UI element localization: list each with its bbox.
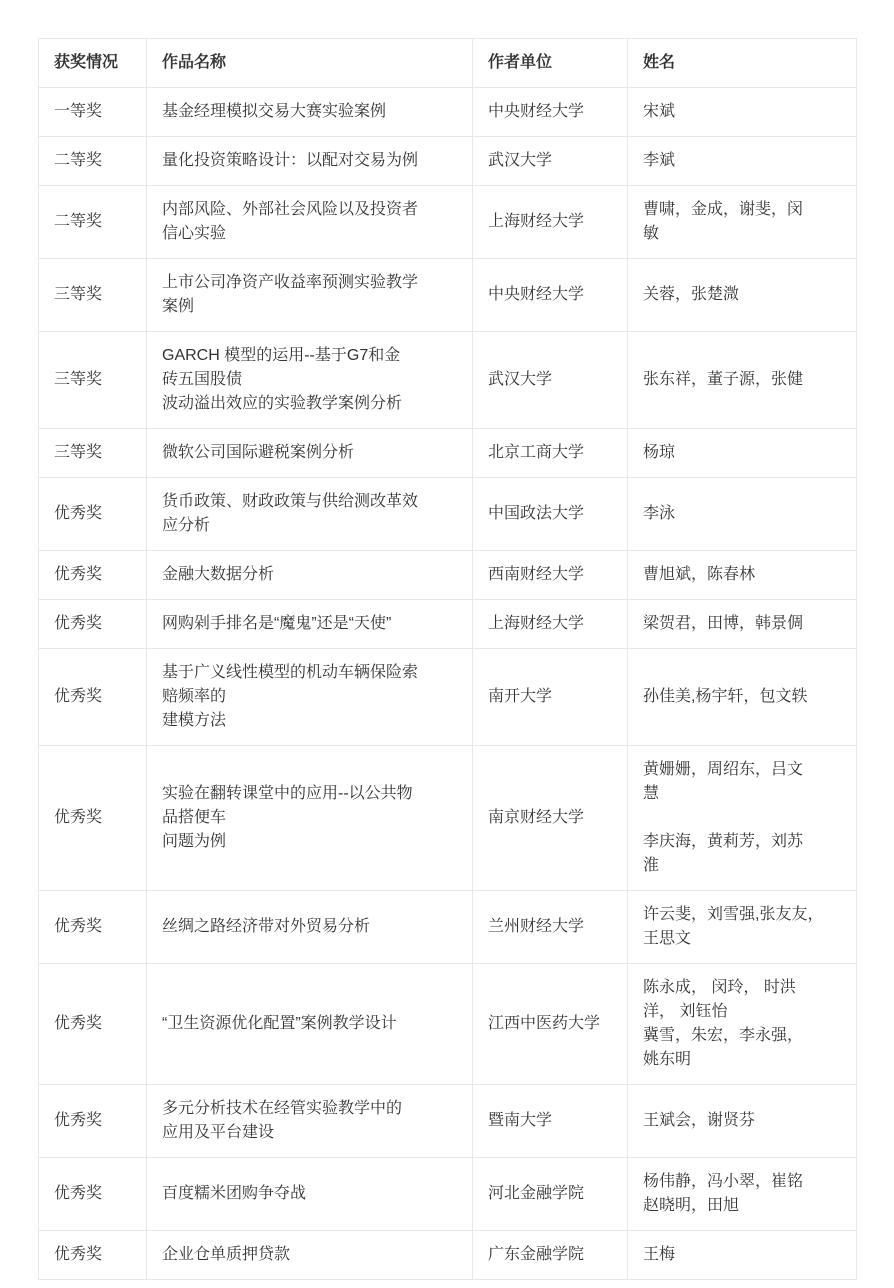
award-cell: 三等奖 — [39, 429, 147, 478]
table-row: 一等奖基金经理模拟交易大赛实验案例中央财经大学宋斌 — [39, 88, 857, 137]
org-cell: 中央财经大学 — [473, 88, 628, 137]
names-cell: 梁贺君，田博，韩景倜 — [628, 600, 857, 649]
column-header-names: 姓名 — [628, 39, 857, 88]
org-cell: 北京工商大学 — [473, 429, 628, 478]
names-cell: 黄姗姗，周绍东，吕文 慧 李庆海，黄莉芳，刘苏 淮 — [628, 746, 857, 891]
org-cell: 武汉大学 — [473, 332, 628, 429]
table-row: 优秀奖企业仓单质押贷款广东金融学院王梅 — [39, 1231, 857, 1280]
award-cell: 二等奖 — [39, 186, 147, 259]
table-row: 三等奖GARCH 模型的运用--基于G7和金 砖五国股债 波动溢出效应的实验教学… — [39, 332, 857, 429]
award-cell: 优秀奖 — [39, 1231, 147, 1280]
title-cell: “卫生资源优化配置”案例教学设计 — [147, 964, 473, 1085]
org-cell: 兰州财经大学 — [473, 891, 628, 964]
org-cell: 武汉大学 — [473, 137, 628, 186]
names-cell: 李斌 — [628, 137, 857, 186]
title-cell: 内部风险、外部社会风险以及投资者 信心实验 — [147, 186, 473, 259]
title-cell: 网购剁手排名是“魔鬼”还是“天使” — [147, 600, 473, 649]
title-cell: 货币政策、财政政策与供给测改革效 应分析 — [147, 478, 473, 551]
awards-table: 获奖情况 作品名称 作者单位 姓名 一等奖基金经理模拟交易大赛实验案例中央财经大… — [38, 38, 857, 1280]
title-cell: 多元分析技术在经管实验教学中的 应用及平台建设 — [147, 1085, 473, 1158]
column-header-title: 作品名称 — [147, 39, 473, 88]
table-body: 一等奖基金经理模拟交易大赛实验案例中央财经大学宋斌二等奖量化投资策略设计：以配对… — [39, 88, 857, 1280]
award-cell: 一等奖 — [39, 88, 147, 137]
org-cell: 中国政法大学 — [473, 478, 628, 551]
column-header-org: 作者单位 — [473, 39, 628, 88]
names-cell: 曹啸，金成，谢斐，闵 敏 — [628, 186, 857, 259]
names-cell: 许云斐，刘雪强,张友友， 王思文 — [628, 891, 857, 964]
award-cell: 优秀奖 — [39, 551, 147, 600]
names-cell: 关蓉，张楚溦 — [628, 259, 857, 332]
org-cell: 上海财经大学 — [473, 600, 628, 649]
names-cell: 杨伟静，冯小翠，崔铭 赵晓明，田旭 — [628, 1158, 857, 1231]
names-cell: 孙佳美,杨宇轩，包文轶 — [628, 649, 857, 746]
award-cell: 三等奖 — [39, 332, 147, 429]
org-cell: 河北金融学院 — [473, 1158, 628, 1231]
page: 获奖情况 作品名称 作者单位 姓名 一等奖基金经理模拟交易大赛实验案例中央财经大… — [0, 0, 894, 1288]
org-cell: 暨南大学 — [473, 1085, 628, 1158]
table-row: 三等奖微软公司国际避税案例分析北京工商大学杨琼 — [39, 429, 857, 478]
org-cell: 江西中医药大学 — [473, 964, 628, 1085]
award-cell: 三等奖 — [39, 259, 147, 332]
table-row: 优秀奖百度糯米团购争夺战河北金融学院杨伟静，冯小翠，崔铭 赵晓明，田旭 — [39, 1158, 857, 1231]
title-cell: 量化投资策略设计：以配对交易为例 — [147, 137, 473, 186]
title-cell: 百度糯米团购争夺战 — [147, 1158, 473, 1231]
title-cell: 微软公司国际避税案例分析 — [147, 429, 473, 478]
title-cell: 企业仓单质押贷款 — [147, 1231, 473, 1280]
names-cell: 王梅 — [628, 1231, 857, 1280]
names-cell: 李泳 — [628, 478, 857, 551]
award-cell: 优秀奖 — [39, 964, 147, 1085]
table-row: 优秀奖基于广义线性模型的机动车辆保险索 赔频率的 建模方法南开大学孙佳美,杨宇轩… — [39, 649, 857, 746]
org-cell: 上海财经大学 — [473, 186, 628, 259]
title-cell: 基金经理模拟交易大赛实验案例 — [147, 88, 473, 137]
org-cell: 中央财经大学 — [473, 259, 628, 332]
names-cell: 宋斌 — [628, 88, 857, 137]
org-cell: 南京财经大学 — [473, 746, 628, 891]
names-cell: 曹旭斌，陈春林 — [628, 551, 857, 600]
names-cell: 杨琼 — [628, 429, 857, 478]
title-cell: 丝绸之路经济带对外贸易分析 — [147, 891, 473, 964]
table-row: 优秀奖实验在翻转课堂中的应用--以公共物 品搭便车 问题为例南京财经大学黄姗姗，… — [39, 746, 857, 891]
award-cell: 优秀奖 — [39, 891, 147, 964]
award-cell: 优秀奖 — [39, 1085, 147, 1158]
award-cell: 优秀奖 — [39, 600, 147, 649]
title-cell: 实验在翻转课堂中的应用--以公共物 品搭便车 问题为例 — [147, 746, 473, 891]
table-row: 三等奖上市公司净资产收益率预测实验教学 案例中央财经大学关蓉，张楚溦 — [39, 259, 857, 332]
award-cell: 优秀奖 — [39, 1158, 147, 1231]
table-row: 优秀奖金融大数据分析西南财经大学曹旭斌，陈春林 — [39, 551, 857, 600]
title-cell: GARCH 模型的运用--基于G7和金 砖五国股债 波动溢出效应的实验教学案例分… — [147, 332, 473, 429]
award-cell: 二等奖 — [39, 137, 147, 186]
header-row: 获奖情况 作品名称 作者单位 姓名 — [39, 39, 857, 88]
org-cell: 广东金融学院 — [473, 1231, 628, 1280]
award-cell: 优秀奖 — [39, 746, 147, 891]
table-row: 优秀奖多元分析技术在经管实验教学中的 应用及平台建设暨南大学王斌会，谢贤芬 — [39, 1085, 857, 1158]
title-cell: 基于广义线性模型的机动车辆保险索 赔频率的 建模方法 — [147, 649, 473, 746]
table-row: 优秀奖网购剁手排名是“魔鬼”还是“天使”上海财经大学梁贺君，田博，韩景倜 — [39, 600, 857, 649]
column-header-award: 获奖情况 — [39, 39, 147, 88]
title-cell: 金融大数据分析 — [147, 551, 473, 600]
table-row: 优秀奖货币政策、财政政策与供给测改革效 应分析中国政法大学李泳 — [39, 478, 857, 551]
org-cell: 西南财经大学 — [473, 551, 628, 600]
org-cell: 南开大学 — [473, 649, 628, 746]
table-row: 二等奖量化投资策略设计：以配对交易为例武汉大学李斌 — [39, 137, 857, 186]
award-cell: 优秀奖 — [39, 649, 147, 746]
table-row: 二等奖内部风险、外部社会风险以及投资者 信心实验上海财经大学曹啸，金成，谢斐，闵… — [39, 186, 857, 259]
table-row: 优秀奖丝绸之路经济带对外贸易分析兰州财经大学许云斐，刘雪强,张友友， 王思文 — [39, 891, 857, 964]
names-cell: 张东祥，董子源，张健 — [628, 332, 857, 429]
names-cell: 陈永成， 闵玲， 时洪 洋， 刘钰怡 冀雪，朱宏，李永强， 姚东明 — [628, 964, 857, 1085]
names-cell: 王斌会，谢贤芬 — [628, 1085, 857, 1158]
table-row: 优秀奖“卫生资源优化配置”案例教学设计江西中医药大学陈永成， 闵玲， 时洪 洋，… — [39, 964, 857, 1085]
table-header: 获奖情况 作品名称 作者单位 姓名 — [39, 39, 857, 88]
title-cell: 上市公司净资产收益率预测实验教学 案例 — [147, 259, 473, 332]
award-cell: 优秀奖 — [39, 478, 147, 551]
